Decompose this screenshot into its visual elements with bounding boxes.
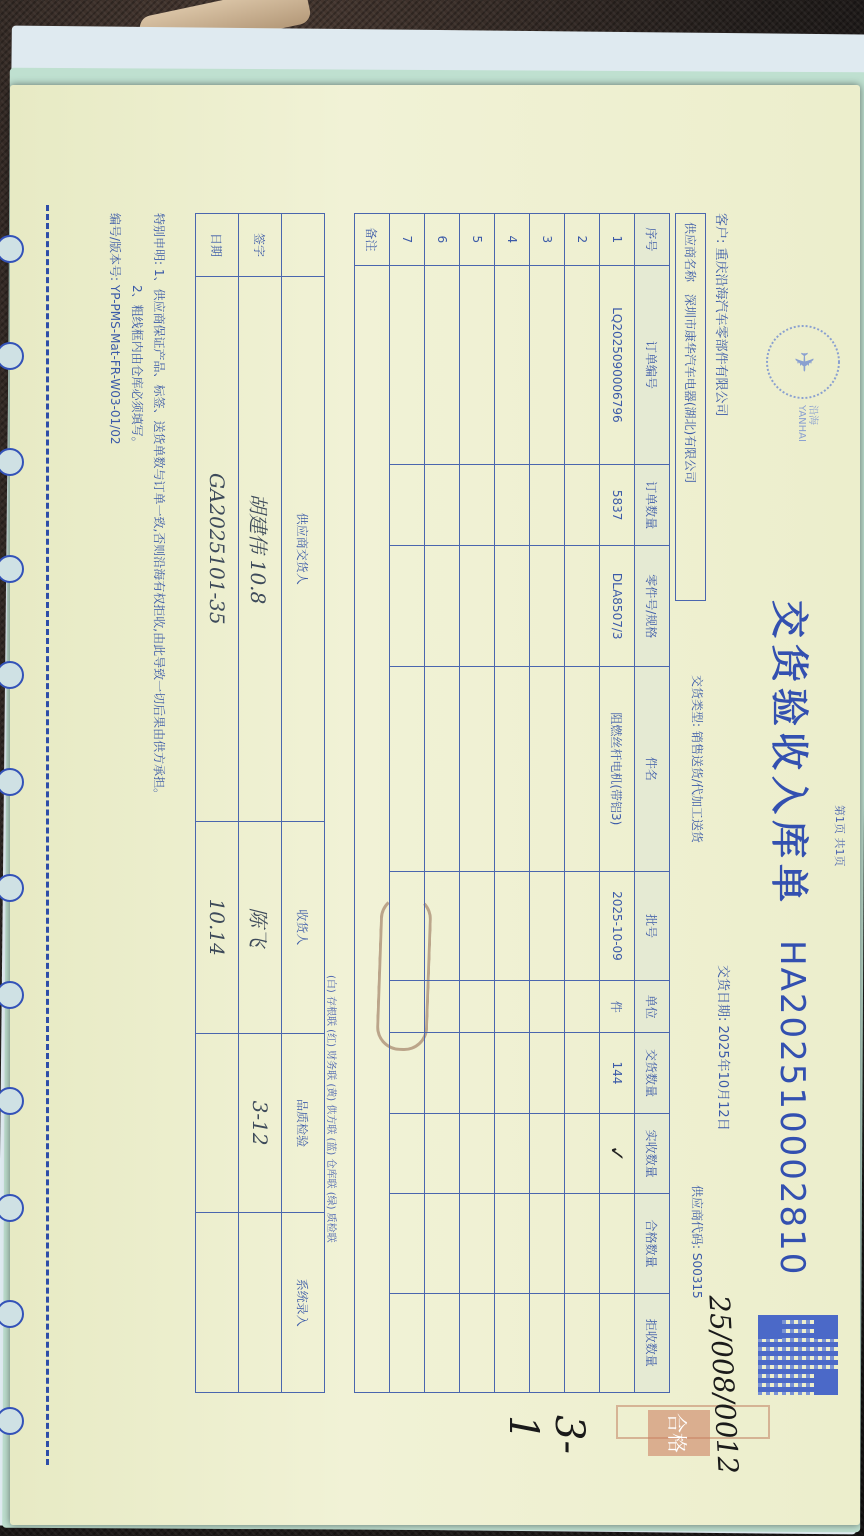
customer-value: 重庆沿海汽车零部件有限公司 xyxy=(713,248,728,417)
table-row: 1 LQ2025090006796 5837 DLA8507/3 阻燃丝杆电机(… xyxy=(600,214,635,1393)
customer-label: 客户: xyxy=(713,213,728,243)
table-row: 3 xyxy=(530,214,565,1393)
system-date xyxy=(196,1213,239,1393)
cell-batch xyxy=(425,871,460,981)
col-header: 实收数量 xyxy=(635,1113,670,1193)
cell-qualified xyxy=(495,1194,530,1293)
cell-no: 6 xyxy=(425,214,460,266)
qc-date xyxy=(196,1033,239,1213)
role-qc: 品质检验 xyxy=(282,1033,325,1213)
row-label-date: 日期 xyxy=(196,214,239,277)
cell-order-no xyxy=(530,265,565,464)
delivery-type-field: 交货类型: 销售送货/代加工送货 xyxy=(689,675,706,843)
cell-order-qty xyxy=(565,465,600,546)
cell-received xyxy=(390,1113,425,1193)
cell-order-no: LQ2025090006796 xyxy=(600,265,635,464)
cell-no: 4 xyxy=(495,214,530,266)
form-header: ✈ 沿海 YANHAI 第1页 共1页 交货验收入库单 HA2025100028… xyxy=(740,205,860,1465)
col-header: 批号 xyxy=(635,871,670,981)
cell-name xyxy=(495,667,530,871)
col-header: 序号 xyxy=(635,214,670,266)
remarks-value xyxy=(355,265,390,1392)
receiver-date: 10.14 xyxy=(196,821,239,1033)
cell-order-qty xyxy=(425,465,460,546)
cell-order-no xyxy=(425,265,460,464)
hole-icon xyxy=(0,1300,24,1328)
page-info: 第1页 共1页 xyxy=(832,805,848,867)
signature-roles-row: 供应商交货人 收货人 品质检验 系统录入 xyxy=(282,214,325,1393)
hole-icon xyxy=(0,768,24,796)
col-header: 订单编号 xyxy=(635,265,670,464)
cell-rejected xyxy=(425,1293,460,1392)
cell-part-no xyxy=(425,546,460,667)
cell-delivered xyxy=(390,1033,425,1114)
cell-unit xyxy=(460,981,495,1033)
cell-qualified xyxy=(600,1194,635,1293)
cell-part-no xyxy=(495,546,530,667)
items-table: 序号 订单编号 订单数量 零件号/规格 件名 批号 单位 交货数量 实收数量 合… xyxy=(354,213,670,1393)
cell-qualified xyxy=(460,1194,495,1293)
role-receiver: 收货人 xyxy=(282,821,325,1033)
cell-unit xyxy=(390,981,425,1033)
cell-order-no xyxy=(565,265,600,464)
delivery-date-value: 2025年10月12日 xyxy=(715,1026,730,1131)
logo-text: 沿海 YANHAI xyxy=(796,405,822,445)
hole-icon xyxy=(0,661,24,689)
cell-order-qty xyxy=(390,465,425,546)
table-header-row: 序号 订单编号 订单数量 零件号/规格 件名 批号 单位 交货数量 实收数量 合… xyxy=(635,214,670,1393)
cell-unit xyxy=(565,981,600,1033)
cell-qualified xyxy=(425,1194,460,1293)
supplier-code-label: 供应商代码: xyxy=(690,1185,704,1249)
cell-batch xyxy=(460,871,495,981)
col-header: 单位 xyxy=(635,981,670,1033)
cell-no: 2 xyxy=(565,214,600,266)
footer-line-2: 2、粗线框内由仓库必须填写。 xyxy=(126,213,148,800)
cell-unit xyxy=(495,981,530,1033)
supplier-value: 深圳市康华汽车电器(湖北)有限公司 xyxy=(683,294,697,483)
cell-delivered xyxy=(425,1033,460,1114)
table-row: 6 xyxy=(425,214,460,1393)
cell-name xyxy=(390,667,425,871)
copy-label: (蓝) 仓库联 xyxy=(325,1138,336,1189)
cell-received xyxy=(460,1113,495,1193)
customer-line: 客户: 重庆沿海汽车零部件有限公司 xyxy=(713,213,732,417)
supplier-label: 供应商名称 xyxy=(683,222,697,282)
cell-part-no xyxy=(390,546,425,667)
receiver-signature: 陈飞 xyxy=(239,821,282,1033)
cell-part-no xyxy=(460,546,495,667)
hole-icon xyxy=(0,448,24,476)
cell-name xyxy=(460,667,495,871)
col-header: 交货数量 xyxy=(635,1033,670,1114)
receipt-sheet: ✈ 沿海 YANHAI 第1页 共1页 交货验收入库单 HA2025100028… xyxy=(10,85,860,1525)
col-header: 合格数量 xyxy=(635,1194,670,1293)
qr-code-icon xyxy=(758,1315,838,1395)
remarks-label: 备注 xyxy=(355,214,390,266)
cell-name xyxy=(565,667,600,871)
handwritten-note: 3-1 xyxy=(500,1415,592,1465)
cell-delivered xyxy=(495,1033,530,1114)
qc-signature: 3-12 xyxy=(239,1033,282,1213)
col-header: 订单数量 xyxy=(635,465,670,546)
supplier-signature: 胡建伟 10.8 xyxy=(239,277,282,822)
hole-icon xyxy=(0,1194,24,1222)
date-row: 日期 GA2025101-35 10.14 xyxy=(196,214,239,1393)
cell-order-no xyxy=(390,265,425,464)
cell-no: 3 xyxy=(530,214,565,266)
cell-batch: 2025-10-09 xyxy=(600,871,635,981)
approval-stamp: 合格 xyxy=(648,1410,710,1456)
cell-no: 7 xyxy=(390,214,425,266)
cell-delivered xyxy=(460,1033,495,1114)
role-supplier: 供应商交货人 xyxy=(282,277,325,822)
cell-part-no xyxy=(530,546,565,667)
document-number: HA202510002810 xyxy=(772,940,812,1276)
cell-part-no: DLA8507/3 xyxy=(600,546,635,667)
cell-received xyxy=(530,1113,565,1193)
cell-rejected xyxy=(390,1293,425,1392)
cell-name xyxy=(530,667,565,871)
cell-batch xyxy=(530,871,565,981)
cell-order-qty: 5837 xyxy=(600,465,635,546)
cell-rejected xyxy=(460,1293,495,1392)
cell-order-qty xyxy=(495,465,530,546)
hole-icon xyxy=(0,874,24,902)
copy-label: (红) 财务联 xyxy=(325,1029,336,1080)
signature-table: 供应商交货人 收货人 品质检验 系统录入 签字 胡建伟 10.8 陈飞 3-12… xyxy=(195,213,325,1393)
hole-icon xyxy=(0,1407,24,1435)
table-row: 7 xyxy=(390,214,425,1393)
cell-qualified xyxy=(530,1194,565,1293)
document-title: 交货验收入库单 xyxy=(765,600,820,908)
perforation-bottom xyxy=(0,205,40,1465)
cell-batch xyxy=(495,871,530,981)
copy-label: (黄) 供方联 xyxy=(325,1083,336,1134)
supplier-code-field: 供应商代码: S00315 xyxy=(689,1185,706,1299)
cell-order-no xyxy=(495,265,530,464)
cell-delivered xyxy=(530,1033,565,1114)
tear-line-bottom xyxy=(46,205,49,1465)
col-header: 零件号/规格 xyxy=(635,546,670,667)
row-label-sign: 签字 xyxy=(239,214,282,277)
remarks-row: 备注 xyxy=(355,214,390,1393)
delivery-type-label: 交货类型: xyxy=(690,675,704,727)
hole-icon xyxy=(0,342,24,370)
system-signature xyxy=(239,1213,282,1393)
cell-rejected xyxy=(530,1293,565,1392)
signature-row: 签字 胡建伟 10.8 陈飞 3-12 xyxy=(239,214,282,1393)
supplier-code-value: S00315 xyxy=(690,1253,704,1299)
cell-unit xyxy=(530,981,565,1033)
cell-name xyxy=(425,667,460,871)
delivery-receipt-form: ✈ 沿海 YANHAI 第1页 共1页 交货验收入库单 HA2025100028… xyxy=(60,205,860,1465)
cell-rejected xyxy=(565,1293,600,1392)
cell-unit: 件 xyxy=(600,981,635,1033)
footer-line-3: 编号/版本号: YP-PMS-Mat-FR-W03-01/02 xyxy=(104,213,126,800)
copy-label: (白) 存根联 xyxy=(325,975,336,1026)
table-row: 5 xyxy=(460,214,495,1393)
cell-name: 阻燃丝杆电机(带铝3) xyxy=(600,667,635,871)
cell-part-no xyxy=(565,546,600,667)
delivery-date-field: 交货日期: 2025年10月12日 xyxy=(715,965,734,1131)
col-header: 件名 xyxy=(635,667,670,871)
cell-order-qty xyxy=(530,465,565,546)
cell-qualified xyxy=(565,1194,600,1293)
hole-icon xyxy=(0,555,24,583)
copy-labels: (白) 存根联 (红) 财务联 (黄) 供方联 (蓝) 仓库联 (绿) 质检联 xyxy=(325,975,340,1243)
copy-label: (绿) 质检联 xyxy=(325,1192,336,1243)
company-logo-icon: ✈ xyxy=(766,325,840,399)
cell-delivered xyxy=(565,1033,600,1114)
cell-batch xyxy=(565,871,600,981)
cell-received: ✓ xyxy=(600,1113,635,1193)
delivery-date-label: 交货日期: xyxy=(715,965,730,1021)
cell-rejected xyxy=(600,1293,635,1392)
footer-line-1: 特别申明: 1、供应商保证产品、标签、送货单数与订单一致,否则沿海有权拒收,由此… xyxy=(148,213,170,800)
table-row: 2 xyxy=(565,214,600,1393)
cell-received xyxy=(425,1113,460,1193)
supplier-date: GA2025101-35 xyxy=(196,277,239,822)
cell-batch xyxy=(390,871,425,981)
delivery-type-value: 销售送货/代加工送货 xyxy=(690,731,704,843)
cell-received xyxy=(565,1113,600,1193)
table-row: 4 xyxy=(495,214,530,1393)
hole-icon xyxy=(0,235,24,263)
cell-no: 5 xyxy=(460,214,495,266)
cell-delivered: 144 xyxy=(600,1033,635,1114)
role-system: 系统录入 xyxy=(282,1213,325,1393)
cell-no: 1 xyxy=(600,214,635,266)
blank-cell xyxy=(282,214,325,277)
footer-notes: 特别申明: 1、供应商保证产品、标签、送货单数与订单一致,否则沿海有权拒收,由此… xyxy=(104,213,170,800)
cell-order-qty xyxy=(460,465,495,546)
supplier-field: 供应商名称 深圳市康华汽车电器(湖北)有限公司 xyxy=(675,213,706,601)
cell-rejected xyxy=(495,1293,530,1392)
cell-received xyxy=(495,1113,530,1193)
col-header: 拒收数量 xyxy=(635,1293,670,1392)
cell-qualified xyxy=(390,1194,425,1293)
hole-icon xyxy=(0,1087,24,1115)
hole-icon xyxy=(0,981,24,1009)
cell-unit xyxy=(425,981,460,1033)
cell-order-no xyxy=(460,265,495,464)
